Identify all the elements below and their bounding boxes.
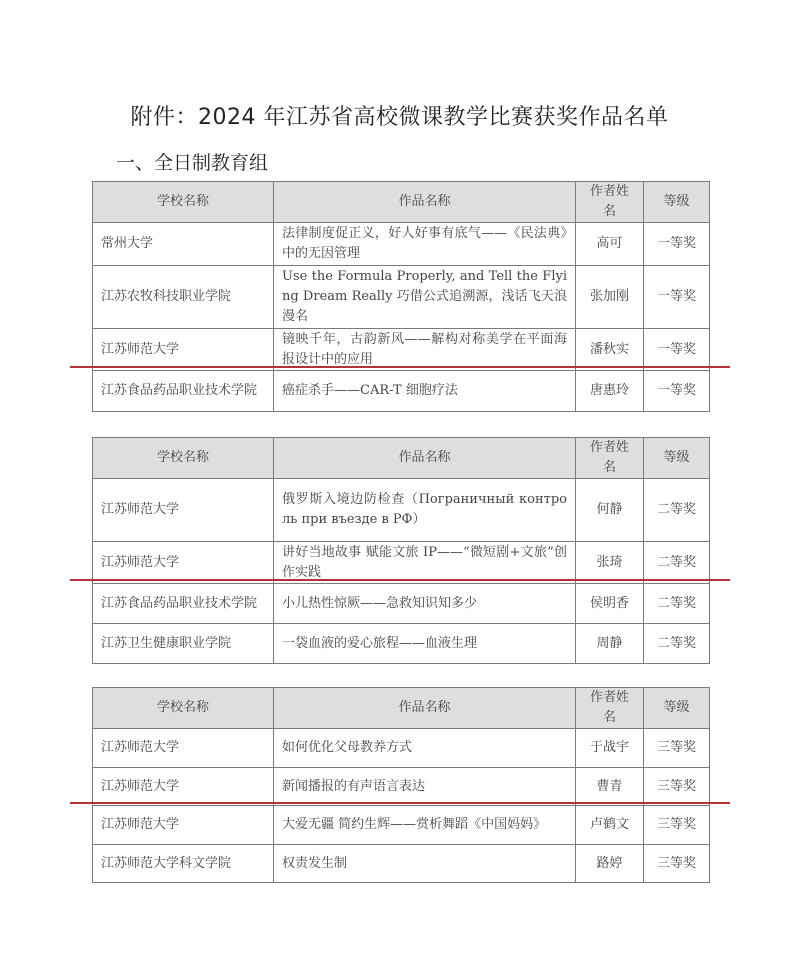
table-row: 江苏师范大学 新闻播报的有声语言表达 曹青 三等奖 — [93, 768, 710, 806]
header-author: 作者姓名 — [576, 182, 644, 223]
header-level: 等级 — [644, 438, 710, 479]
school-cell: 江苏师范大学 — [93, 768, 274, 806]
school-cell: 常州大学 — [93, 223, 274, 266]
level-cell: 二等奖 — [644, 479, 710, 542]
author-cell: 周静 — [576, 624, 644, 664]
school-cell: 江苏师范大学 — [93, 806, 274, 845]
author-cell: 张琦 — [576, 542, 644, 584]
header-author: 作者姓名 — [576, 688, 644, 729]
school-cell: 江苏农牧科技职业学院 — [93, 266, 274, 329]
author-cell: 唐惠玲 — [576, 371, 644, 412]
header-school: 学校名称 — [93, 438, 274, 479]
level-cell: 三等奖 — [644, 729, 710, 768]
cutoff-marker-line — [70, 366, 730, 368]
level-cell: 三等奖 — [644, 768, 710, 806]
table-row: 江苏师范大学 讲好当地故事 赋能文旅 IP——“微短剧+文旅”创作实践 张琦 二… — [93, 542, 710, 584]
author-cell: 何静 — [576, 479, 644, 542]
work-cell: 法律制度促正义，好人好事有底气——《民法典》中的无因管理 — [274, 223, 576, 266]
school-cell: 江苏师范大学 — [93, 329, 274, 371]
header-level: 等级 — [644, 688, 710, 729]
author-cell: 路婷 — [576, 845, 644, 883]
school-cell: 江苏师范大学 — [93, 729, 274, 768]
level-cell: 一等奖 — [644, 329, 710, 371]
work-cell: 癌症杀手——CAR-T 细胞疗法 — [274, 371, 576, 412]
table-header-row: 学校名称 作品名称 作者姓名 等级 — [93, 182, 710, 223]
author-cell: 于战宇 — [576, 729, 644, 768]
table-row: 江苏卫生健康职业学院 一袋血液的爱心旅程——血液生理 周静 二等奖 — [93, 624, 710, 664]
table-header-row: 学校名称 作品名称 作者姓名 等级 — [93, 688, 710, 729]
section-heading: 一、全日制教育组 — [116, 148, 268, 175]
header-work: 作品名称 — [274, 182, 576, 223]
first-prize-table: 学校名称 作品名称 作者姓名 等级 常州大学 法律制度促正义，好人好事有底气——… — [92, 181, 710, 412]
work-cell: 镜映千年，古韵新风——解构对称美学在平面海报设计中的应用 — [274, 329, 576, 371]
author-cell: 卢鹤文 — [576, 806, 644, 845]
table-row: 江苏师范大学 大爱无疆 简约生辉——赏析舞蹈《中国妈妈》 卢鹤文 三等奖 — [93, 806, 710, 845]
work-cell: 新闻播报的有声语言表达 — [274, 768, 576, 806]
level-cell: 二等奖 — [644, 542, 710, 584]
third-prize-table: 学校名称 作品名称 作者姓名 等级 江苏师范大学 如何优化父母教养方式 于战宇 … — [92, 687, 710, 883]
author-cell: 潘秋实 — [576, 329, 644, 371]
school-cell: 江苏卫生健康职业学院 — [93, 624, 274, 664]
author-cell: 张加刚 — [576, 266, 644, 329]
header-level: 等级 — [644, 182, 710, 223]
school-cell: 江苏师范大学 — [93, 542, 274, 584]
level-cell: 一等奖 — [644, 371, 710, 412]
table-row: 江苏师范大学科文学院 权责发生制 路婷 三等奖 — [93, 845, 710, 883]
work-cell: 大爱无疆 简约生辉——赏析舞蹈《中国妈妈》 — [274, 806, 576, 845]
header-work: 作品名称 — [274, 438, 576, 479]
school-cell: 江苏食品药品职业技术学院 — [93, 371, 274, 412]
level-cell: 二等奖 — [644, 584, 710, 624]
table-row: 江苏食品药品职业技术学院 小儿热性惊厥——急救知识知多少 侯明香 二等奖 — [93, 584, 710, 624]
table-row: 江苏师范大学 如何优化父母教养方式 于战宇 三等奖 — [93, 729, 710, 768]
header-work: 作品名称 — [274, 688, 576, 729]
work-cell: Use the Formula Properly, and Tell the F… — [274, 266, 576, 329]
document-title: 附件：2024 年江苏省高校微课教学比赛获奖作品名单 — [0, 100, 799, 131]
table-row: 江苏师范大学 镜映千年，古韵新风——解构对称美学在平面海报设计中的应用 潘秋实 … — [93, 329, 710, 371]
work-cell: 权责发生制 — [274, 845, 576, 883]
level-cell: 二等奖 — [644, 624, 710, 664]
level-cell: 一等奖 — [644, 266, 710, 329]
author-cell: 曹青 — [576, 768, 644, 806]
school-cell: 江苏师范大学 — [93, 479, 274, 542]
second-prize-table: 学校名称 作品名称 作者姓名 等级 江苏师范大学 俄罗斯入境边防检查（Погра… — [92, 437, 710, 664]
work-cell: 一袋血液的爱心旅程——血液生理 — [274, 624, 576, 664]
level-cell: 三等奖 — [644, 806, 710, 845]
table-row: 江苏食品药品职业技术学院 癌症杀手——CAR-T 细胞疗法 唐惠玲 一等奖 — [93, 371, 710, 412]
table-row: 江苏师范大学 俄罗斯入境边防检查（Пограничный контроль пр… — [93, 479, 710, 542]
header-school: 学校名称 — [93, 688, 274, 729]
school-cell: 江苏师范大学科文学院 — [93, 845, 274, 883]
work-cell: 讲好当地故事 赋能文旅 IP——“微短剧+文旅”创作实践 — [274, 542, 576, 584]
level-cell: 一等奖 — [644, 223, 710, 266]
table-row: 常州大学 法律制度促正义，好人好事有底气——《民法典》中的无因管理 高可 一等奖 — [93, 223, 710, 266]
cutoff-marker-line — [70, 802, 730, 804]
header-school: 学校名称 — [93, 182, 274, 223]
work-cell: 俄罗斯入境边防检查（Пограничный контроль при въезд… — [274, 479, 576, 542]
header-author: 作者姓名 — [576, 438, 644, 479]
author-cell: 侯明香 — [576, 584, 644, 624]
author-cell: 高可 — [576, 223, 644, 266]
level-cell: 三等奖 — [644, 845, 710, 883]
table-row: 江苏农牧科技职业学院 Use the Formula Properly, and… — [93, 266, 710, 329]
work-cell: 如何优化父母教养方式 — [274, 729, 576, 768]
school-cell: 江苏食品药品职业技术学院 — [93, 584, 274, 624]
work-cell: 小儿热性惊厥——急救知识知多少 — [274, 584, 576, 624]
cutoff-marker-line — [70, 579, 730, 581]
table-header-row: 学校名称 作品名称 作者姓名 等级 — [93, 438, 710, 479]
